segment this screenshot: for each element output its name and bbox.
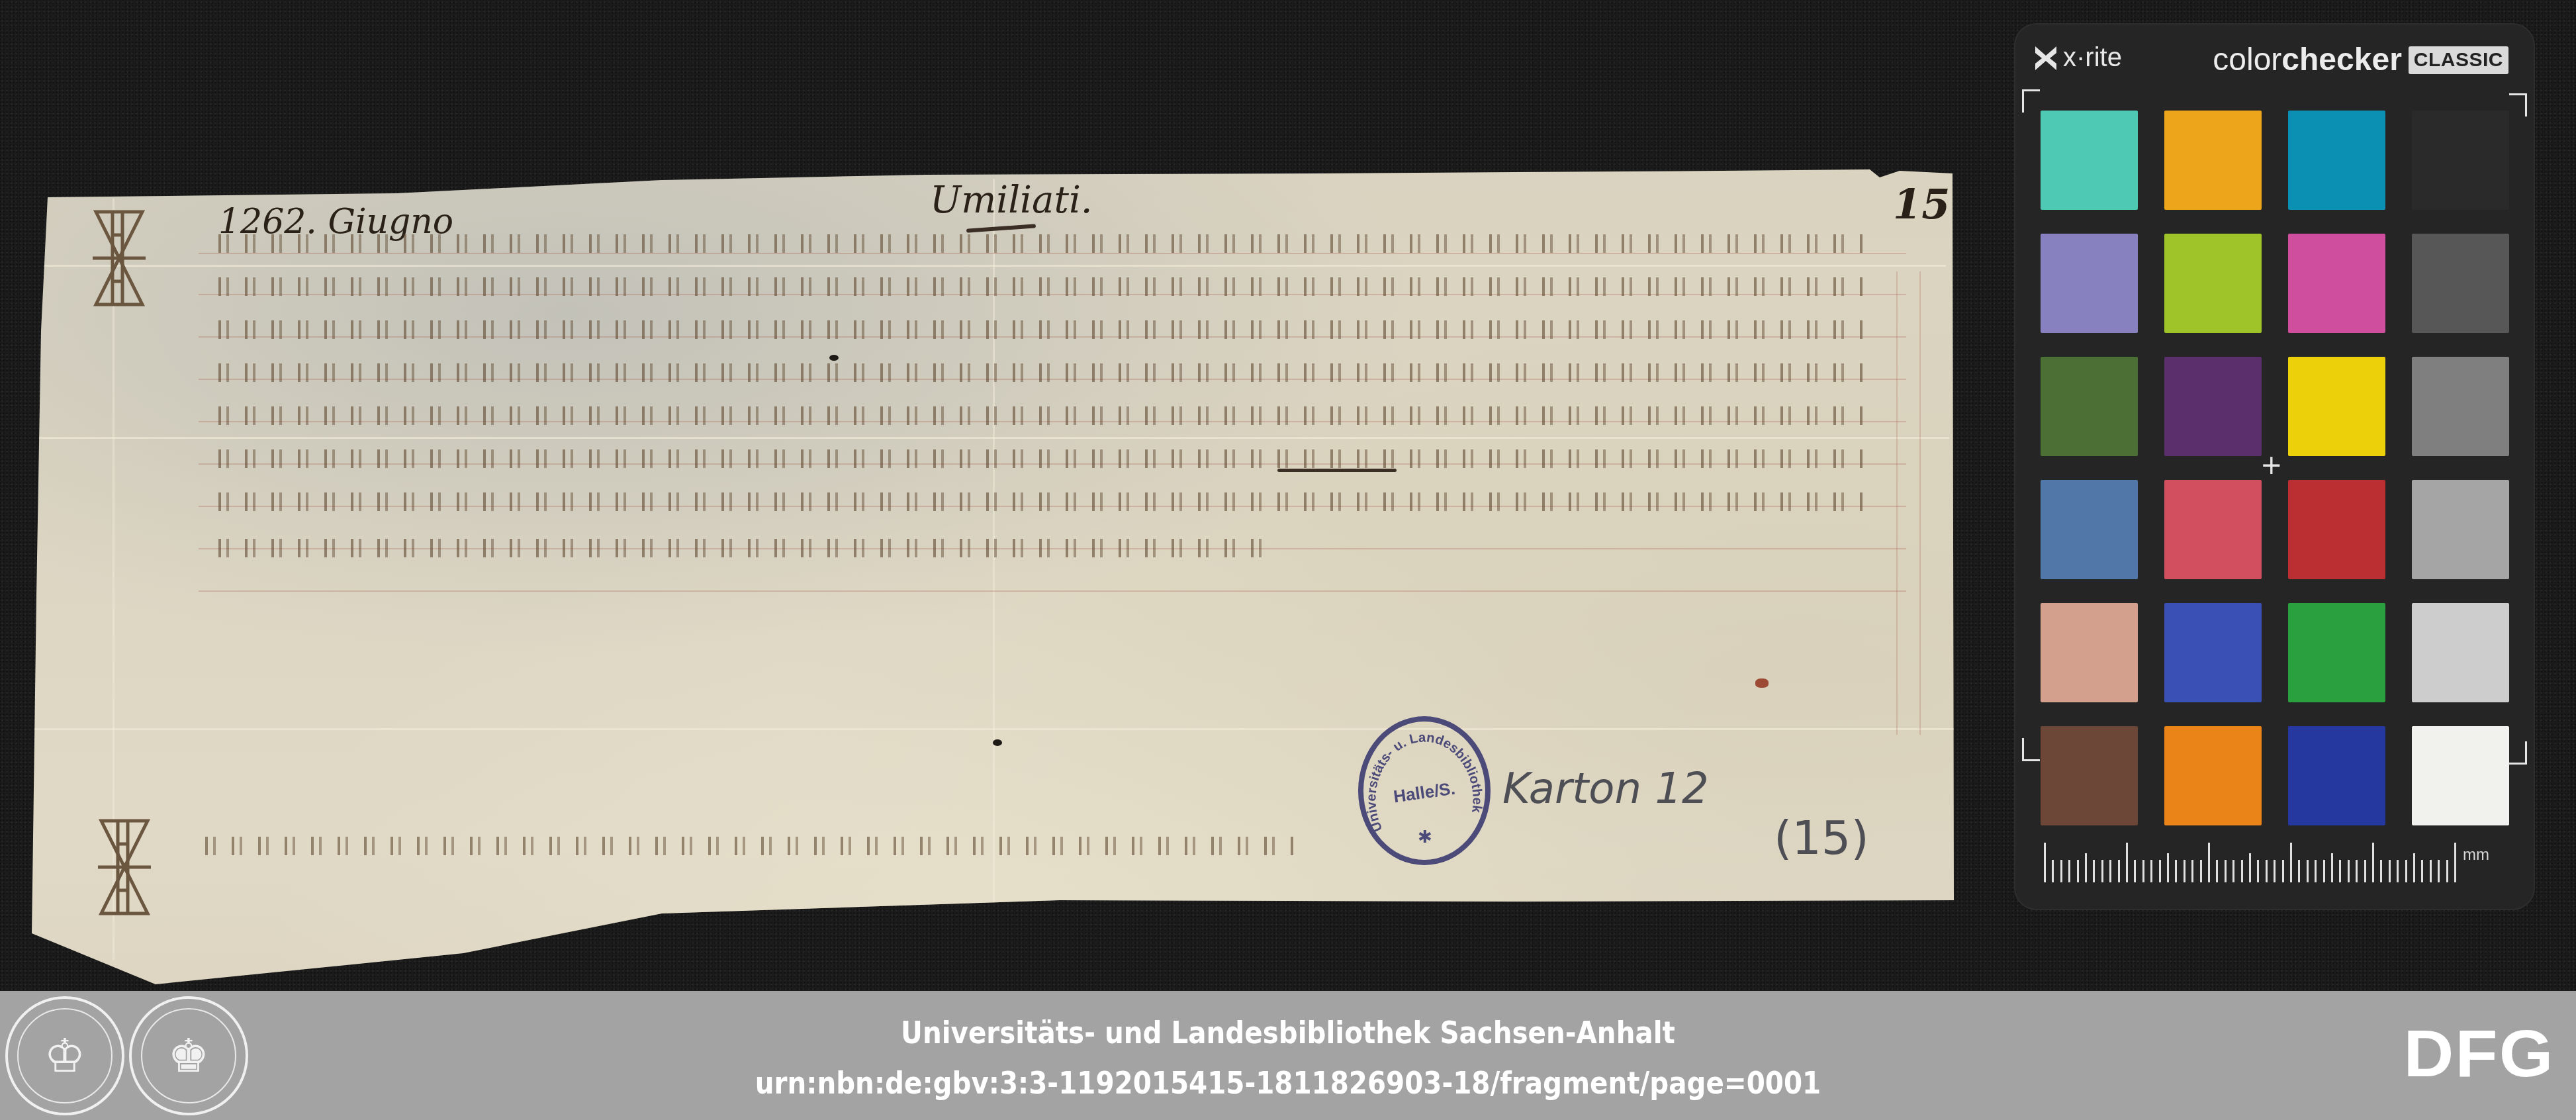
pencil-shelfmark: Karton 12 bbox=[1502, 765, 1709, 814]
ruler-tick bbox=[2298, 860, 2300, 882]
ruler-tick bbox=[2225, 860, 2227, 882]
ruler-tick bbox=[2446, 860, 2448, 882]
subscription-line: [subscription line — Latin notarial scri… bbox=[199, 821, 1297, 867]
ruler-tick bbox=[2142, 860, 2144, 882]
ruler-tick bbox=[2109, 860, 2111, 882]
script-line: [line 8 — Latin notarial script, illegib… bbox=[212, 523, 1271, 569]
color-patch bbox=[2288, 234, 2385, 333]
color-patch bbox=[2041, 726, 2138, 825]
ruler-tick bbox=[2438, 860, 2440, 882]
ruler-tick bbox=[2077, 860, 2079, 882]
product-name-light: color bbox=[2213, 42, 2281, 78]
ruling-line bbox=[199, 590, 1906, 592]
color-patch bbox=[2164, 234, 2262, 333]
ruler-tick bbox=[2150, 860, 2152, 882]
xrite-brand-text: x·rite bbox=[2063, 43, 2122, 73]
ruling-line-vertical bbox=[1896, 271, 1898, 735]
color-patch bbox=[2164, 480, 2262, 579]
crop-mark-icon bbox=[2509, 741, 2527, 765]
title-annotation: Umiliati. bbox=[930, 179, 1093, 222]
color-patch bbox=[2041, 234, 2138, 333]
script-line: [line 7 — Latin notarial script, illegib… bbox=[212, 477, 1866, 523]
color-patch bbox=[2288, 726, 2385, 825]
crosshair-icon: + bbox=[2260, 452, 2283, 479]
ruler-tick bbox=[2389, 860, 2391, 882]
ruler-tick bbox=[2290, 843, 2292, 882]
ruler-tick bbox=[2249, 853, 2251, 882]
word-underline bbox=[1277, 469, 1397, 472]
ruler-tick bbox=[2372, 843, 2374, 882]
color-patch bbox=[2041, 111, 2138, 210]
product-name-bold: checker bbox=[2281, 42, 2401, 78]
ruler-tick bbox=[2331, 853, 2333, 882]
dfg-logo: DFG bbox=[2403, 1016, 2554, 1092]
script-line: [line 6 — Latin notarial script, illegib… bbox=[212, 434, 1866, 480]
stain bbox=[1755, 678, 1769, 688]
ruler-tick bbox=[2060, 860, 2062, 882]
color-patch bbox=[2164, 111, 2262, 210]
color-patch bbox=[2412, 357, 2509, 456]
script-line: [line 4 — Latin notarial script, illegib… bbox=[212, 348, 1866, 394]
ruler-unit-label: mm bbox=[2463, 846, 2489, 864]
ruler-tick bbox=[2380, 860, 2382, 882]
color-patch bbox=[2164, 726, 2262, 825]
stamp-star-icon: ✱ bbox=[1418, 827, 1432, 847]
mm-ruler bbox=[2044, 843, 2454, 882]
color-patch bbox=[2288, 480, 2385, 579]
ruler-tick bbox=[2315, 860, 2317, 882]
ruler-tick bbox=[2257, 860, 2259, 882]
script-line: [line 3 — Latin notarial script, illegib… bbox=[212, 304, 1866, 351]
ruler-tick bbox=[2405, 860, 2407, 882]
ruler-tick bbox=[2274, 860, 2276, 882]
ink-spot bbox=[993, 739, 1002, 746]
ruler-tick bbox=[2068, 860, 2070, 882]
script-line: [line 2 — Latin notarial script, illegib… bbox=[212, 261, 1866, 308]
color-patch bbox=[2412, 726, 2509, 825]
ruler-tick bbox=[2101, 860, 2103, 882]
crop-mark-icon bbox=[2509, 93, 2527, 117]
color-patch bbox=[2041, 480, 2138, 579]
library-stamp: Universitäts- u. Landesbibliothek Halle/… bbox=[1358, 716, 1491, 865]
library-footer: ♔ ♚ Universitäts- und Landesbibliothek S… bbox=[0, 991, 2576, 1120]
urn-identifier: urn:nbn:de:gbv:3:3-1192015415-1811826903… bbox=[180, 1065, 2395, 1101]
ruler-tick bbox=[2175, 860, 2177, 882]
ruler-tick bbox=[2085, 853, 2087, 882]
color-patch bbox=[2164, 357, 2262, 456]
ruler-tick bbox=[2134, 860, 2136, 882]
ruling-line-vertical bbox=[1919, 271, 1921, 735]
xrite-mark-icon bbox=[2034, 45, 2058, 71]
crop-mark-icon bbox=[2022, 89, 2040, 113]
ruler-tick bbox=[2307, 860, 2309, 882]
ruler-tick bbox=[2413, 853, 2415, 882]
ruler-tick bbox=[2159, 860, 2161, 882]
ruler-tick bbox=[2266, 860, 2268, 882]
ruler-tick bbox=[2421, 860, 2423, 882]
xrite-logo: x·rite bbox=[2034, 43, 2122, 73]
ruler-tick bbox=[2044, 843, 2046, 882]
ruler-tick bbox=[2397, 860, 2399, 882]
color-patch bbox=[2041, 603, 2138, 702]
ruler-tick bbox=[2208, 843, 2210, 882]
ruler-tick bbox=[2200, 860, 2202, 882]
university-seal-halle-icon: ♔ bbox=[5, 996, 124, 1115]
ruler-tick bbox=[2232, 860, 2234, 882]
notarial-sign-icon bbox=[93, 209, 146, 308]
color-patch bbox=[2041, 357, 2138, 456]
ruler-tick bbox=[2052, 860, 2054, 882]
colorchecker-logo: color checker CLASSIC bbox=[2213, 42, 2508, 78]
color-patch bbox=[2288, 357, 2385, 456]
ruler-tick bbox=[2356, 860, 2358, 882]
ruler-tick bbox=[2364, 860, 2366, 882]
color-patch bbox=[2288, 111, 2385, 210]
ink-spot bbox=[829, 355, 839, 361]
ruler-tick bbox=[2126, 843, 2128, 882]
color-patch bbox=[2412, 603, 2509, 702]
ruler-tick bbox=[2093, 860, 2095, 882]
ruler-tick bbox=[2184, 860, 2185, 882]
colorchecker-card: x·rite color checker CLASSIC + bbox=[2014, 23, 2535, 910]
ruler-tick bbox=[2348, 860, 2350, 882]
ruler-tick bbox=[2118, 860, 2120, 882]
ruler-tick bbox=[2430, 860, 2432, 882]
color-patch bbox=[2412, 111, 2509, 210]
institution-name: Universitäts- und Landesbibliothek Sachs… bbox=[180, 1015, 2395, 1051]
ruler-tick bbox=[2241, 860, 2243, 882]
color-patch bbox=[2412, 480, 2509, 579]
ruler-tick bbox=[2454, 843, 2456, 882]
ruler-tick bbox=[2191, 860, 2193, 882]
script-line: [line 5 — Latin notarial script, illegib… bbox=[212, 391, 1866, 437]
classic-badge: CLASSIC bbox=[2409, 46, 2508, 74]
ruler-tick bbox=[2282, 860, 2284, 882]
notarial-sign-icon bbox=[98, 817, 151, 917]
ruler-tick bbox=[2339, 860, 2341, 882]
ruler-tick bbox=[2167, 853, 2169, 882]
color-patch bbox=[2164, 603, 2262, 702]
ruler-tick bbox=[2323, 860, 2325, 882]
color-patch bbox=[2288, 603, 2385, 702]
ruler-tick bbox=[2216, 860, 2218, 882]
pencil-number: (15) bbox=[1774, 811, 1869, 865]
script-line: [line 1 — Latin notarial script, illegib… bbox=[212, 218, 1866, 265]
color-patch bbox=[2412, 234, 2509, 333]
crop-mark-icon bbox=[2022, 738, 2040, 761]
folio-number: 15. bbox=[1893, 180, 1964, 228]
